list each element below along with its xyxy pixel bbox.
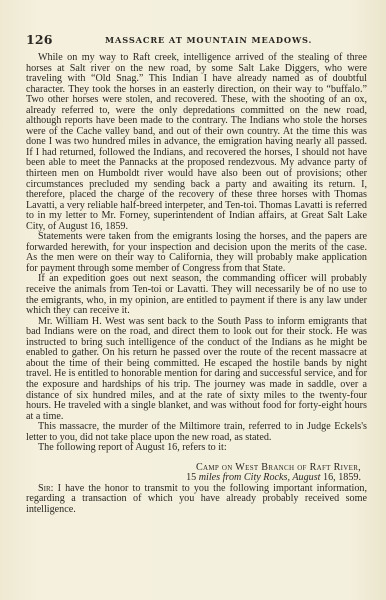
paragraph: While on my way to Raft creek, intellige…	[26, 53, 367, 232]
paragraph: If an expedition goes out next season, t…	[26, 274, 367, 316]
report-heading: Camp on West Branch of Raft River, 15 mi…	[26, 463, 367, 484]
salutation-text: I have the honor to transmit to you the …	[26, 483, 367, 515]
paragraph: Statements were taken from the emigrants…	[26, 232, 367, 274]
page-header: 126 MASSACRE AT MOUNTAIN MEADOWS.	[26, 32, 366, 46]
running-head: MASSACRE AT MOUNTAIN MEADOWS.	[105, 35, 312, 45]
paragraph: This massacre, the murder of the Miltimo…	[26, 422, 367, 443]
salutation-label: Sir:	[38, 483, 53, 494]
page-body: While on my way to Raft creek, intellige…	[26, 53, 367, 516]
book-page: 126 MASSACRE AT MOUNTAIN MEADOWS. While …	[0, 0, 386, 600]
salutation-paragraph: Sir: I have the honor to transmit to you…	[26, 484, 367, 516]
paragraph: The following report of August 16, refer…	[26, 443, 367, 454]
heading-location-italic: miles from City Rocks, August	[199, 472, 321, 483]
paragraph: Mr. William H. West was sent back to the…	[26, 317, 367, 422]
heading-miles: 15	[186, 472, 199, 483]
heading-date: 16, 1859.	[321, 472, 362, 483]
page-number: 126	[26, 32, 53, 47]
